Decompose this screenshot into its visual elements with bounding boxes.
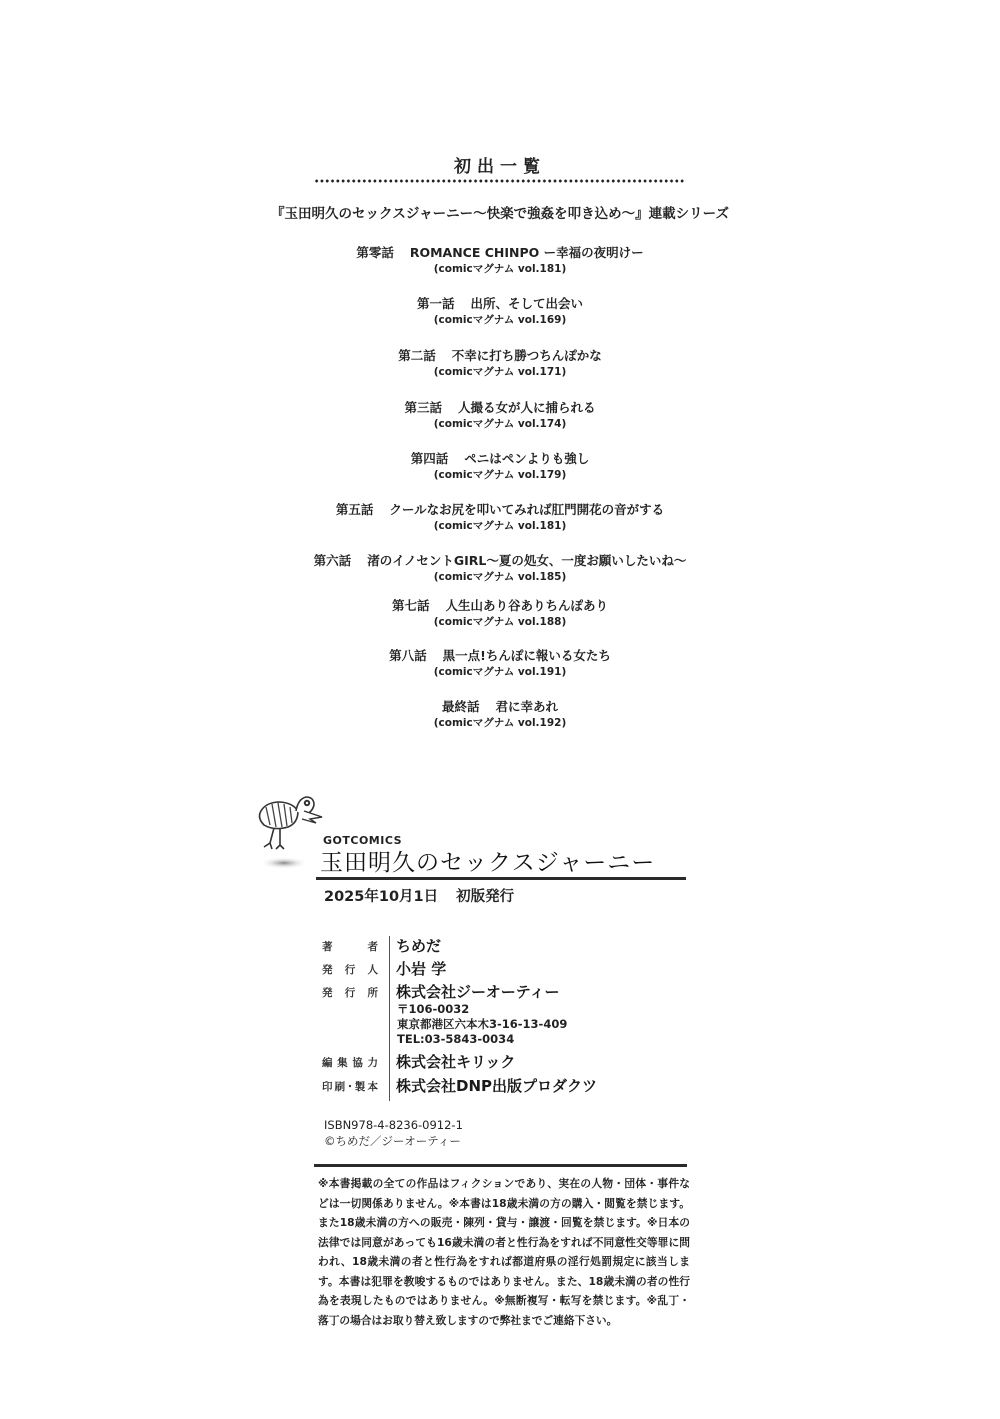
chapter-number: 第一話: [417, 296, 455, 311]
series-title: 『玉田明久のセックスジャーニー〜快楽で強姦を叩き込め〜』連載シリーズ: [0, 202, 1000, 222]
chapter-title: 不幸に打ち勝つちんぽかな: [452, 348, 602, 363]
chapter-number: 第零話: [356, 245, 394, 260]
publication-info: 2025年10月1日初版発行: [324, 885, 514, 906]
notice-divider: [314, 1164, 687, 1167]
chapter-source: (comicマグナム vol.181): [0, 262, 1000, 276]
chapter-source: (comicマグナム vol.185): [0, 570, 1000, 584]
colophon-row-author: 著者 ちめだ: [322, 935, 702, 958]
publication-date: 2025年10月1日: [324, 889, 438, 905]
chapter-item: 第六話渚のイノセントGIRL〜夏の処女、一度お願いしたいね〜 (comicマグナ…: [0, 552, 1000, 584]
chapter-source: (comicマグナム vol.188): [0, 615, 1000, 629]
chapter-number: 第六話: [314, 553, 352, 568]
chapter-source: (comicマグナム vol.169): [0, 313, 1000, 327]
colophon-label: 著者: [322, 935, 378, 954]
chapter-source: (comicマグナム vol.174): [0, 417, 1000, 431]
colophon-label: 発行所: [322, 981, 378, 1000]
chapter-title: ペニはペンよりも強し: [464, 451, 589, 466]
chapter-source: (comicマグナム vol.171): [0, 365, 1000, 379]
postal-code: 〒106-0032: [397, 1002, 702, 1017]
chapter-title: 黒一点!ちんぽに報いる女たち: [443, 648, 611, 663]
chapter-item: 第八話黒一点!ちんぽに報いる女たち (comicマグナム vol.191): [0, 647, 1000, 679]
chapter-title: ROMANCE CHINPO ー幸福の夜明けー: [410, 245, 644, 260]
chapter-title: 人生山あり谷ありちんぽあり: [446, 598, 609, 613]
chapter-item: 第零話ROMANCE CHINPO ー幸福の夜明けー (comicマグナム vo…: [0, 244, 1000, 276]
first-appearance-heading: 初出一覧: [0, 152, 1000, 177]
author-name: ちめだ: [378, 935, 441, 956]
colophon-row-publisher: 発行所 株式会社ジーオーティー: [322, 981, 702, 1002]
legal-notice: ※本書掲載の全ての作品はフィクションであり、実在の人物・団体・事件などは一切関係…: [318, 1174, 690, 1330]
edition-label: 初版発行: [456, 889, 514, 905]
chapter-number: 第五話: [336, 502, 374, 517]
chapter-item: 最終話君に幸あれ (comicマグナム vol.192): [0, 698, 1000, 730]
address: 東京都港区六本木3-16-13-409: [397, 1017, 702, 1032]
publisher-name: 株式会社ジーオーティー: [378, 981, 560, 1002]
chapter-item: 第五話クールなお尻を叩いてみれば肛門開花の音がする (comicマグナム vol…: [0, 501, 1000, 533]
printing-company: 株式会社DNP出版プロダクツ: [378, 1075, 597, 1096]
chapter-item: 第四話ペニはペンよりも強し (comicマグナム vol.179): [0, 450, 1000, 482]
colophon-row-printing: 印刷･製本 株式会社DNP出版プロダクツ: [322, 1075, 702, 1099]
chapter-item: 第一話出所、そして出会い (comicマグナム vol.169): [0, 295, 1000, 327]
publisher-person-name: 小岩 学: [378, 958, 446, 979]
colophon-label: 印刷･製本: [322, 1075, 378, 1094]
telephone: TEL:03-5843-0034: [397, 1032, 702, 1047]
colophon-row-editorial: 編集協力 株式会社キリック: [322, 1051, 702, 1075]
chapter-item: 第三話人撮る女が人に捕られる (comicマグナム vol.174): [0, 399, 1000, 431]
chapter-item: 第二話不幸に打ち勝つちんぽかな (comicマグナム vol.171): [0, 347, 1000, 379]
bird-mascot-icon: [254, 793, 326, 873]
chapter-number: 第八話: [389, 648, 427, 663]
chapter-number: 第四話: [411, 451, 449, 466]
chapter-title: 人撮る女が人に捕られる: [458, 400, 596, 415]
chapter-title: クールなお尻を叩いてみれば肛門開花の音がする: [389, 502, 664, 517]
chapter-number: 最終話: [442, 699, 480, 714]
chapter-number: 第三話: [404, 400, 442, 415]
dotted-divider: [314, 178, 686, 184]
chapter-item: 第七話人生山あり谷ありちんぽあり (comicマグナム vol.188): [0, 597, 1000, 629]
chapter-source: (comicマグナム vol.191): [0, 665, 1000, 679]
colophon: 著者 ちめだ 発行人 小岩 学 発行所 株式会社ジーオーティー 〒106-003…: [322, 935, 702, 1099]
chapter-source: (comicマグナム vol.192): [0, 716, 1000, 730]
copyright: ©ちめだ／ジーオーティー: [324, 1133, 463, 1149]
book-title: 玉田明久のセックスジャーニー: [320, 844, 655, 877]
chapter-title: 君に幸あれ: [496, 699, 559, 714]
title-divider: [316, 877, 686, 880]
publisher-address-block: 〒106-0032 東京都港区六本木3-16-13-409 TEL:03-584…: [322, 1002, 702, 1047]
chapter-title: 出所、そして出会い: [471, 296, 584, 311]
colophon-label: 発行人: [322, 958, 378, 977]
chapter-source: (comicマグナム vol.181): [0, 519, 1000, 533]
chapter-source: (comicマグナム vol.179): [0, 468, 1000, 482]
colophon-row-publisher-person: 発行人 小岩 学: [322, 958, 702, 981]
colophon-label: 編集協力: [322, 1051, 378, 1070]
editorial-company: 株式会社キリック: [378, 1051, 515, 1072]
isbn-block: ISBN978-4-8236-0912-1 ©ちめだ／ジーオーティー: [324, 1117, 463, 1149]
isbn: ISBN978-4-8236-0912-1: [324, 1117, 463, 1133]
chapter-number: 第七話: [392, 598, 430, 613]
chapter-number: 第二話: [398, 348, 436, 363]
chapter-title: 渚のイノセントGIRL〜夏の処女、一度お願いしたいね〜: [367, 553, 686, 568]
